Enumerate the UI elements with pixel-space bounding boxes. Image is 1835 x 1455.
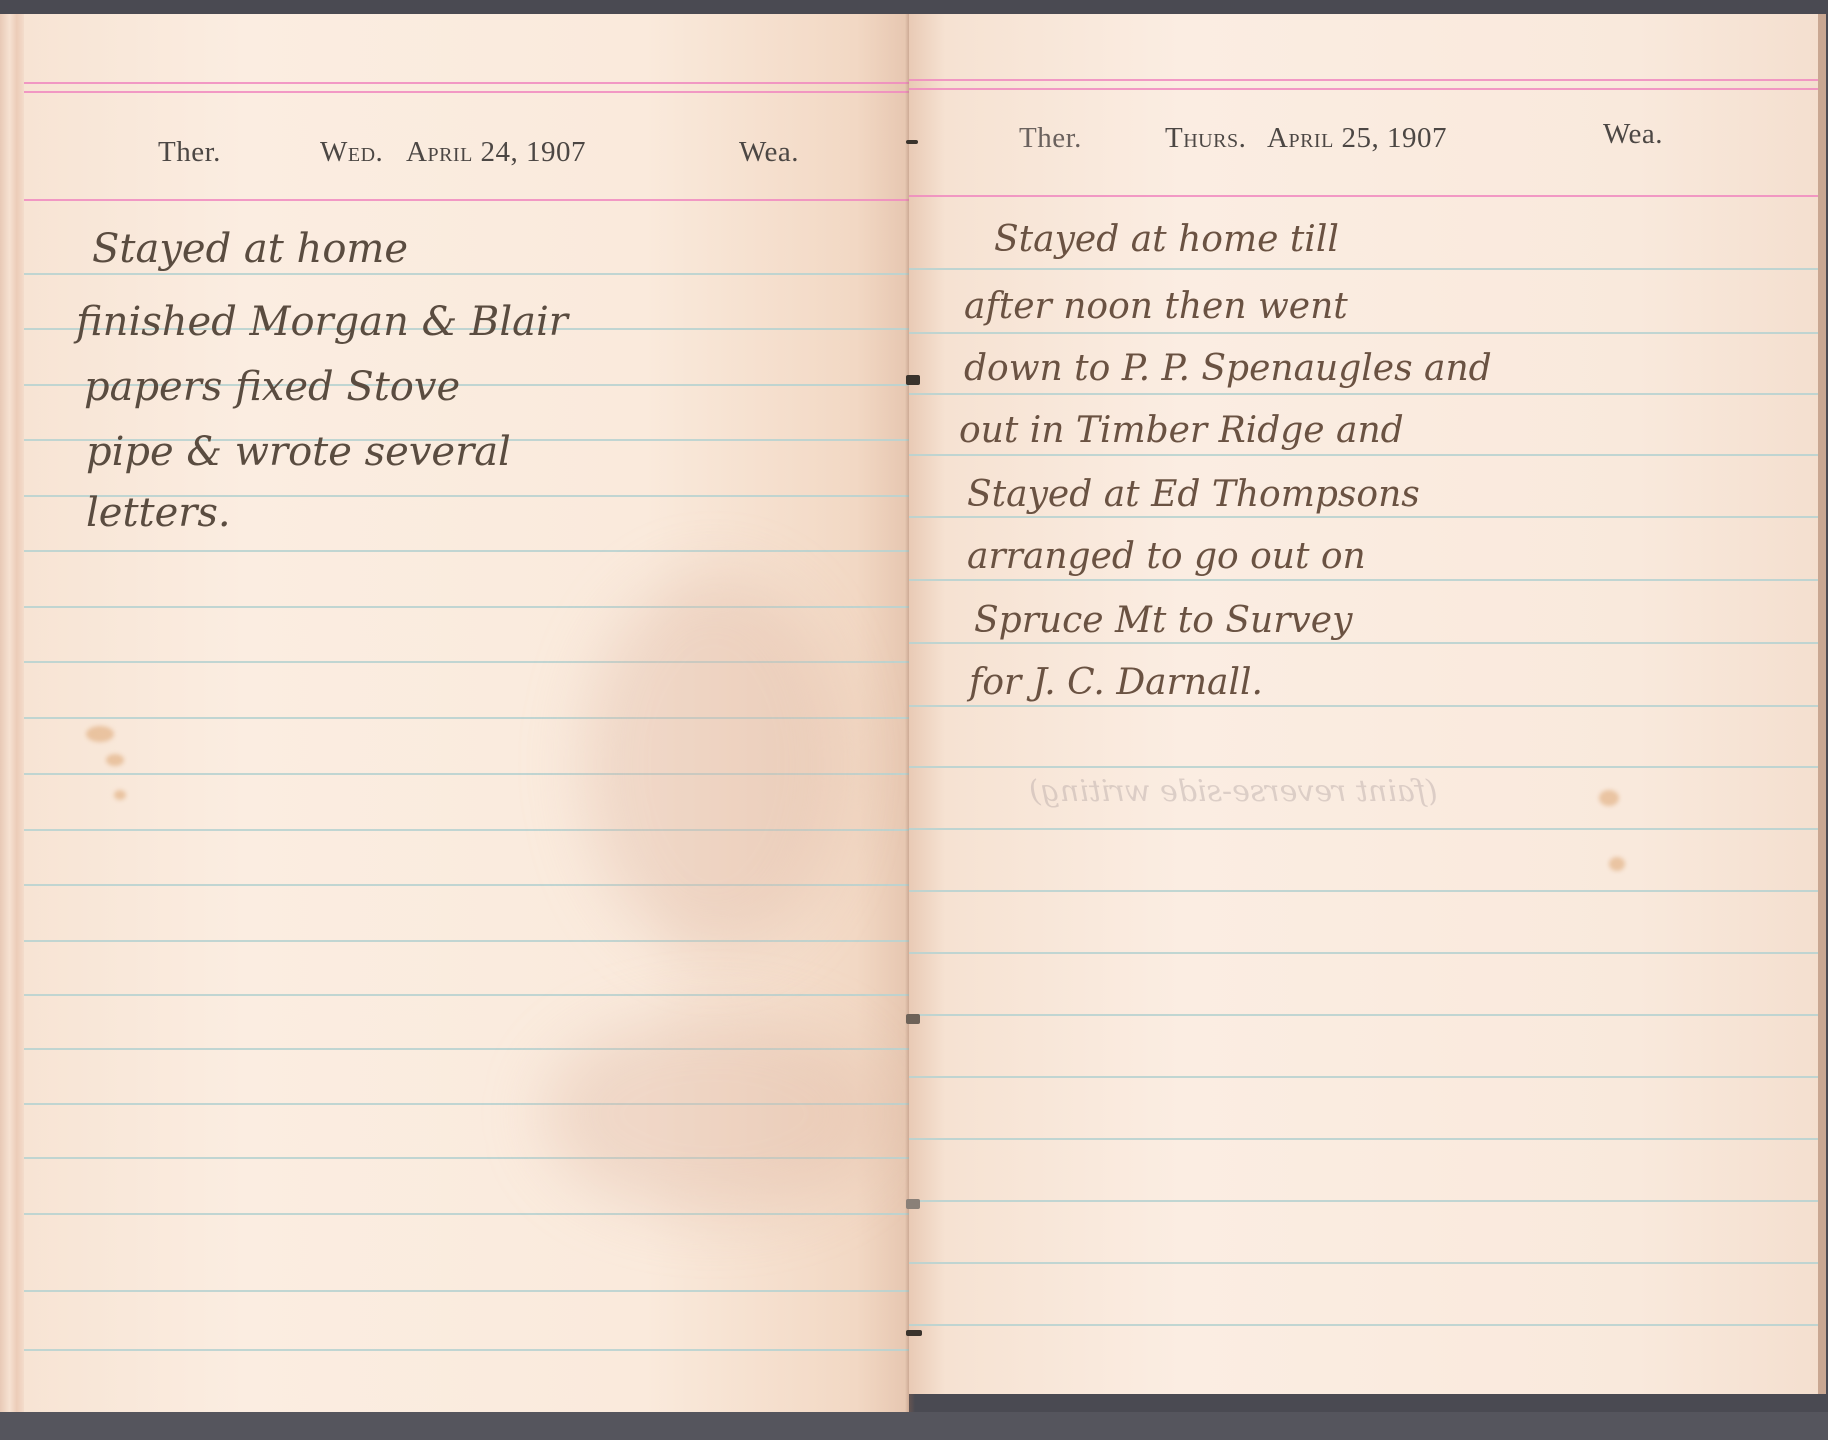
ruled-line <box>24 994 909 996</box>
weather-label: Wea. <box>1603 118 1663 151</box>
thermometer-label: Ther. <box>1019 122 1082 155</box>
ruled-line <box>24 1213 909 1215</box>
foxing-stain <box>106 754 124 766</box>
ruled-line <box>909 766 1818 768</box>
header-rule-bottom <box>909 195 1818 197</box>
binding-stitch <box>906 140 918 144</box>
ruled-line <box>909 1262 1818 1264</box>
handwritten-line: pipe & wrote several <box>86 429 511 475</box>
handwritten-line: after noon then went <box>964 286 1348 327</box>
ruled-line <box>909 952 1818 954</box>
handwritten-line: for J. C. Darnall. <box>969 662 1263 703</box>
binding-stitch <box>906 1330 922 1336</box>
ruled-line <box>909 828 1818 830</box>
date-day: Wed. <box>320 136 383 169</box>
bleed-through-text: (faint reverse-side writing) <box>1029 774 1438 809</box>
ruled-line <box>909 579 1818 581</box>
handwritten-line: Spruce Mt to Survey <box>974 600 1352 641</box>
page-stack-edge <box>0 14 24 1412</box>
ruled-line <box>24 1290 909 1292</box>
date-heading: April 24, 1907 <box>406 136 586 169</box>
handwritten-line: letters. <box>86 490 231 536</box>
header-rule-bottom <box>24 199 909 201</box>
ruled-line <box>909 268 1818 270</box>
binding-stitch <box>906 1199 920 1209</box>
ruled-line <box>24 940 909 942</box>
ruled-line <box>24 550 909 552</box>
weather-label: Wea. <box>739 136 799 169</box>
ruled-line <box>909 1200 1818 1202</box>
shadow-smudge <box>544 1014 884 1214</box>
left-page: Ther. Wed. April 24, 1907 Wea. Stayed at… <box>24 14 909 1412</box>
ruled-line <box>909 332 1818 334</box>
ruled-line <box>909 890 1818 892</box>
ruled-line <box>909 1138 1818 1140</box>
handwritten-line: finished Morgan & Blair <box>76 299 568 345</box>
binding-stitch <box>906 375 920 385</box>
handwritten-line: Stayed at Ed Thompsons <box>967 474 1420 515</box>
ruled-line <box>909 642 1818 644</box>
date-day: Thurs. <box>1165 122 1246 155</box>
ruled-line <box>24 273 909 275</box>
header-rule-top <box>909 79 1818 81</box>
date-heading: April 25, 1907 <box>1267 122 1447 155</box>
handwritten-line: arranged to go out on <box>967 536 1366 577</box>
ruled-line <box>909 1014 1818 1016</box>
foxing-stain <box>86 726 114 742</box>
shadow-smudge <box>584 574 844 954</box>
ruled-line <box>909 454 1818 456</box>
ruled-line <box>909 705 1818 707</box>
ruled-line <box>909 393 1818 395</box>
handwritten-line: Stayed at home <box>92 226 408 272</box>
foxing-stain <box>1599 790 1619 806</box>
foxing-stain <box>114 790 126 800</box>
binding-stitch <box>906 1014 920 1024</box>
right-page: Ther. Thurs. April 25, 1907 Wea. Stayed … <box>909 14 1818 1394</box>
handwritten-line: Stayed at home till <box>994 219 1339 260</box>
scanner-bed-edge <box>0 1412 1828 1440</box>
ruled-line <box>909 1324 1818 1326</box>
ruled-line <box>24 1349 909 1351</box>
ruled-line <box>909 516 1818 518</box>
foxing-stain <box>1609 857 1625 871</box>
header-rule-top-2 <box>909 88 1818 90</box>
handwritten-line: out in Timber Ridge and <box>959 410 1404 451</box>
header-rule-top-2 <box>24 91 909 93</box>
page-edge-right <box>1818 14 1826 1394</box>
header-rule-top <box>24 82 909 84</box>
handwritten-line: down to P. P. Spenaugles and <box>964 348 1492 389</box>
handwritten-line: papers fixed Stove <box>84 364 460 410</box>
ruled-line <box>909 1076 1818 1078</box>
thermometer-label: Ther. <box>158 136 221 169</box>
